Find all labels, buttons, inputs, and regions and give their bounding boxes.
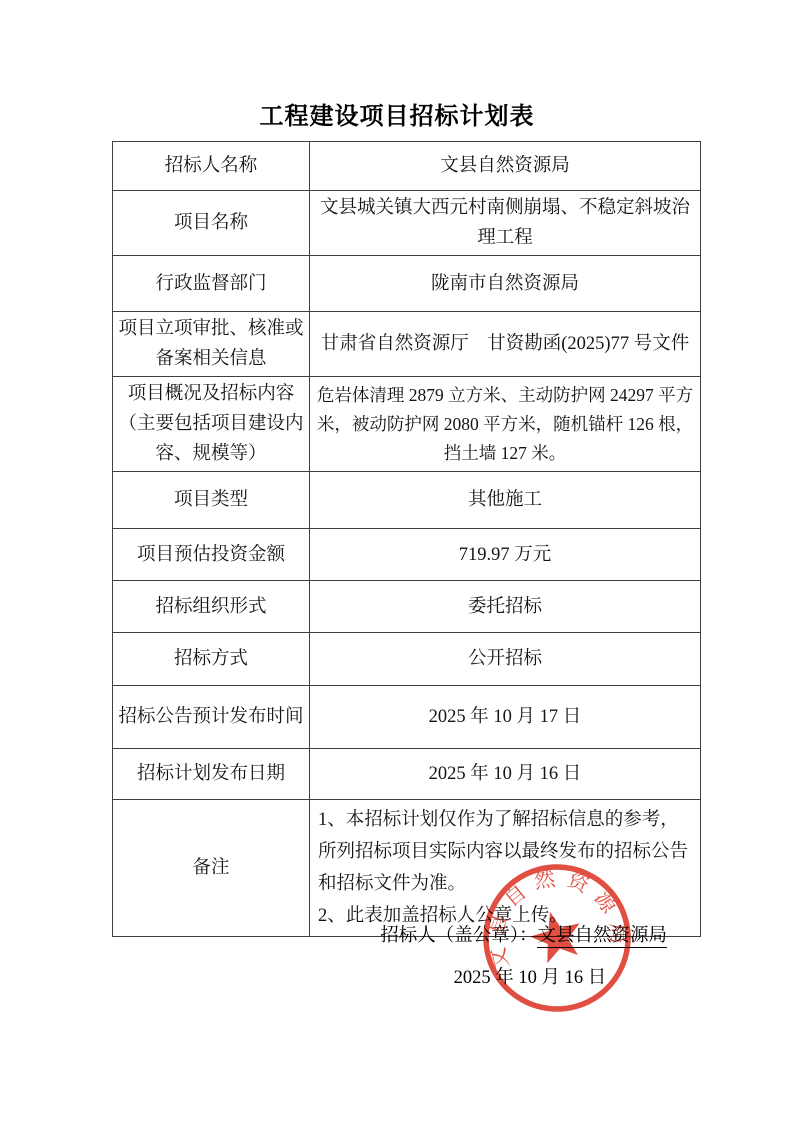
project-type-label: 项目类型: [113, 472, 310, 529]
table-row: 招标公告预计发布时间 2025 年 10 月 17 日: [113, 686, 701, 749]
bidding-method-value: 公开招标: [310, 633, 701, 686]
remarks-label: 备注: [113, 800, 310, 937]
bidding-plan-table: 招标人名称 文县自然资源局 项目名称 文县城关镇大西元村南侧崩塌、不稳定斜坡治理…: [112, 141, 701, 937]
table-row: 项目立项审批、核准或备案相关信息 甘肃省自然资源厅 甘资勘函(2025)77 号…: [113, 312, 701, 377]
table-row: 备注 1、本招标计划仅作为了解招标信息的参考，所列招标项目实际内容以最终发布的招…: [113, 800, 701, 937]
announcement-expected-date-value: 2025 年 10 月 17 日: [310, 686, 701, 749]
table-row: 项目概况及招标内容（主要包括项目建设内容、规模等） 危岩体清理 2879 立方米…: [113, 377, 701, 472]
signoff-label: 招标人（盖公章）：: [380, 926, 537, 946]
project-name-value: 文县城关镇大西元村南侧崩塌、不稳定斜坡治理工程: [310, 191, 701, 256]
supervising-department-value: 陇南市自然资源局: [310, 256, 701, 312]
approval-info-label: 项目立项审批、核准或备案相关信息: [113, 312, 310, 377]
table-row: 项目类型 其他施工: [113, 472, 701, 529]
document-page: 工程建设项目招标计划表 招标人名称 文县自然资源局 项目名称 文县城关镇大西元村…: [0, 0, 793, 1122]
bidder-name-value: 文县自然资源局: [310, 142, 701, 191]
bidder-name-label: 招标人名称: [113, 142, 310, 191]
table-row: 招标方式 公开招标: [113, 633, 701, 686]
page-title: 工程建设项目招标计划表: [112, 96, 682, 131]
table-row: 项目名称 文县城关镇大西元村南侧崩塌、不稳定斜坡治理工程: [113, 191, 701, 256]
approval-info-value: 甘肃省自然资源厅 甘资勘函(2025)77 号文件: [310, 312, 701, 377]
signoff-bidder-name: 文县自然资源局: [537, 926, 667, 948]
organization-form-value: 委托招标: [310, 581, 701, 633]
table-row: 招标计划发布日期 2025 年 10 月 16 日: [113, 749, 701, 800]
plan-publish-date-value: 2025 年 10 月 16 日: [310, 749, 701, 800]
project-overview-value: 危岩体清理 2879 立方米、主动防护网 24297 平方米，被动防护网 208…: [310, 377, 701, 472]
project-overview-label: 项目概况及招标内容（主要包括项目建设内容、规模等）: [113, 377, 310, 472]
project-name-label: 项目名称: [113, 191, 310, 256]
remark-note-1: 1、本招标计划仅作为了解招标信息的参考，所列招标项目实际内容以最终发布的招标公告…: [318, 804, 692, 900]
signoff-date: 2025 年 10 月 16 日: [440, 965, 620, 992]
project-type-value: 其他施工: [310, 472, 701, 529]
remarks-value: 1、本招标计划仅作为了解招标信息的参考，所列招标项目实际内容以最终发布的招标公告…: [310, 800, 701, 937]
estimated-investment-label: 项目预估投资金额: [113, 529, 310, 581]
table-row: 项目预估投资金额 719.97 万元: [113, 529, 701, 581]
table-row: 招标人名称 文县自然资源局: [113, 142, 701, 191]
table-row: 招标组织形式 委托招标: [113, 581, 701, 633]
table-row: 行政监督部门 陇南市自然资源局: [113, 256, 701, 312]
estimated-investment-value: 719.97 万元: [310, 529, 701, 581]
organization-form-label: 招标组织形式: [113, 581, 310, 633]
signoff-line: 招标人（盖公章）：文县自然资源局: [0, 923, 667, 950]
supervising-department-label: 行政监督部门: [113, 256, 310, 312]
announcement-expected-date-label: 招标公告预计发布时间: [113, 686, 310, 749]
plan-publish-date-label: 招标计划发布日期: [113, 749, 310, 800]
bidding-method-label: 招标方式: [113, 633, 310, 686]
